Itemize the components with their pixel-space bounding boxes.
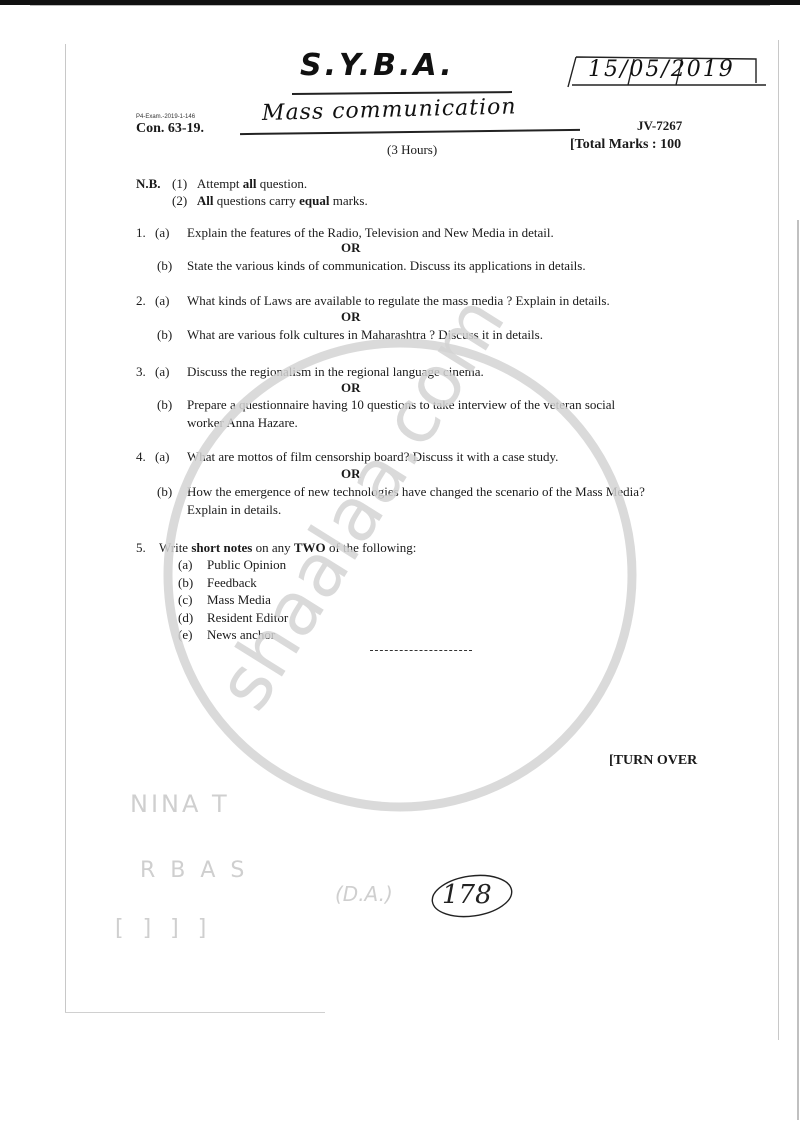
exam-code: P4-Exam.-2019-1-146 [136,114,195,120]
faint-stamp-line4: [ ] ] ] [115,916,212,941]
class-handwritten: S.Y.B.A. [300,48,455,83]
scan-top-edge-shadow [30,5,770,6]
q5-item-text: Feedback [207,574,257,591]
q1-number: 1. [136,224,146,241]
q3-or: OR [341,380,361,396]
q1b-text: State the various kinds of communication… [187,257,586,274]
nb-label: N.B. [136,175,161,192]
instruction-1: (1) Attempt all question. [172,175,307,192]
q2b-text: What are various folk cultures in Mahara… [187,326,543,343]
title-underline [292,91,512,94]
page-bottom-border [65,1012,325,1013]
faint-stamp-line3: (D.A.) [335,882,393,906]
q5-item-label: (d) [178,609,193,626]
q2-or: OR [341,309,361,325]
q3a-text: Discuss the regionalism in the regional … [187,363,484,380]
q2a-text: What kinds of Laws are available to regu… [187,292,610,309]
q1-or: OR [341,240,361,256]
q5-item-text: Mass Media [207,591,271,608]
q5-item-text: Public Opinion [207,556,286,573]
duration: (3 Hours) [387,142,437,158]
q5-prompt: Write short notes on any TWO of the foll… [159,539,416,556]
q4b-label: (b) [157,483,172,500]
q3b-text-line1: Prepare a questionnaire having 10 questi… [187,396,615,413]
q5-item-text: Resident Editor [207,609,288,626]
faint-stamp-line2: R B A S [140,858,248,883]
q4-or: OR [341,466,361,482]
q4a-text: What are mottos of film censorship board… [187,448,558,465]
page-number-stamp: 178 [428,870,516,920]
page-number-handwritten: 178 [442,880,492,910]
turn-over: [TURN OVER [609,753,697,769]
page-right-border [778,40,779,1040]
faint-stamp-line1: NINA T [130,790,230,818]
q2a-label: (a) [155,292,169,309]
q5-item-text: News anchor [207,626,275,643]
q3b-label: (b) [157,396,172,413]
subject-handwritten: Mass communication [262,94,517,126]
q5-item-label: (c) [178,591,192,608]
q5-item-label: (e) [178,626,192,643]
subject-underline [240,129,580,135]
date-handwritten: 15/05/2019 [588,57,735,82]
con-number: Con. 63-19. [136,121,204,137]
scan-right-edge [797,220,799,1120]
q2-number: 2. [136,292,146,309]
instruction-2: (2) All questions carry equal marks. [172,192,368,209]
q4b-text-line1: How the emergence of new technologies ha… [187,483,645,500]
q3a-label: (a) [155,363,169,380]
end-divider [370,650,472,651]
q5-item-label: (b) [178,574,193,591]
q3-number: 3. [136,363,146,380]
date-box: 15/05/2019 [566,55,762,87]
q5-item-label: (a) [178,556,192,573]
q5-number: 5. [136,539,146,556]
q1b-label: (b) [157,257,172,274]
watermark: shaalaa.com [0,0,800,1131]
q1a-label: (a) [155,224,169,241]
q3b-text-line2: worker Anna Hazare. [187,414,298,431]
paper-code: JV-7267 [637,118,682,134]
q2b-label: (b) [157,326,172,343]
q4a-label: (a) [155,448,169,465]
page-left-border [65,44,66,1012]
q4b-text-line2: Explain in details. [187,501,281,518]
total-marks: [Total Marks : 100 [570,137,681,153]
q1a-text: Explain the features of the Radio, Telev… [187,224,554,241]
q4-number: 4. [136,448,146,465]
